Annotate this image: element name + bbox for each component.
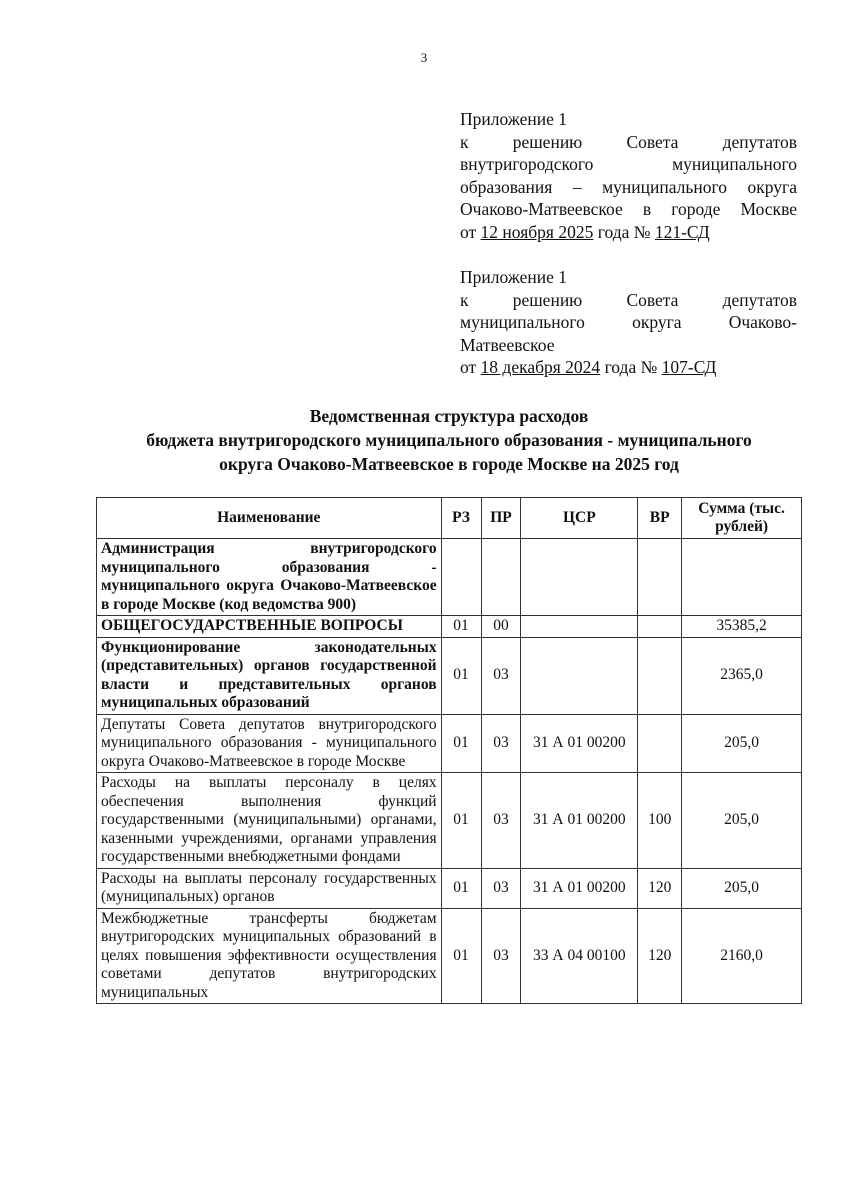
cell-sum: 35385,2	[682, 616, 802, 638]
cell-csr	[521, 616, 638, 638]
cell-pr: 00	[481, 616, 521, 638]
cell-rz	[441, 539, 481, 616]
cell-name: Расходы на выплаты персоналу в целях обе…	[97, 773, 442, 869]
appendix-current-decision: Приложение 1 к решению Совета депутатов …	[460, 108, 797, 243]
cell-sum: 205,0	[682, 868, 802, 908]
page-number: 3	[0, 50, 848, 66]
cell-csr	[521, 637, 638, 714]
cell-sum: 205,0	[682, 773, 802, 869]
cell-name: Администрация внутригородского муниципал…	[97, 539, 442, 616]
cell-pr: 03	[481, 908, 521, 1004]
cell-rz: 01	[441, 616, 481, 638]
table-row: Администрация внутригородского муниципал…	[97, 539, 802, 616]
cell-pr: 03	[481, 714, 521, 773]
cell-vr: 100	[638, 773, 682, 869]
cell-sum: 2365,0	[682, 637, 802, 714]
cell-rz: 01	[441, 637, 481, 714]
header-sum: Сумма (тыс. рублей)	[682, 498, 802, 539]
cell-sum: 205,0	[682, 714, 802, 773]
cell-name: Депутаты Совета депутатов внутригородско…	[97, 714, 442, 773]
appendix-line: внутригородского муниципального	[460, 153, 797, 176]
table-row: Межбюджетные трансферты бюджетам внутриг…	[97, 908, 802, 1004]
appendix-line: Матвеевское	[460, 334, 797, 357]
number-prefix: года №	[600, 357, 661, 377]
cell-vr	[638, 616, 682, 638]
appendix-line: Очаково-Матвеевское в городе Москве	[460, 198, 797, 221]
cell-vr: 120	[638, 908, 682, 1004]
table-row: Расходы на выплаты персоналу государстве…	[97, 868, 802, 908]
decision-number: 121-СД	[655, 222, 710, 242]
cell-csr: 33 А 04 00100	[521, 908, 638, 1004]
table-header-row: Наименование РЗ ПР ЦСР ВР Сумма (тыс. ру…	[97, 498, 802, 539]
cell-rz: 01	[441, 868, 481, 908]
cell-csr: 31 А 01 00200	[521, 714, 638, 773]
decision-date: 12 ноября 2025	[481, 222, 594, 242]
header-pr: ПР	[481, 498, 521, 539]
cell-csr	[521, 539, 638, 616]
header-vr: ВР	[638, 498, 682, 539]
expenditure-table: Наименование РЗ ПР ЦСР ВР Сумма (тыс. ру…	[96, 497, 802, 1004]
appendix-title: Приложение 1	[460, 266, 797, 289]
cell-vr: 120	[638, 868, 682, 908]
date-prefix: от	[460, 357, 481, 377]
cell-vr	[638, 539, 682, 616]
appendix-title: Приложение 1	[460, 108, 797, 131]
appendix-line: к решению Совета депутатов	[460, 289, 797, 312]
cell-rz: 01	[441, 773, 481, 869]
cell-pr: 03	[481, 773, 521, 869]
cell-name: ОБЩЕГОСУДАРСТВЕННЫЕ ВОПРОСЫ	[97, 616, 442, 638]
decision-date: 18 декабря 2024	[481, 357, 601, 377]
appendix-previous-decision: Приложение 1 к решению Совета депутатов …	[460, 266, 797, 379]
cell-sum: 2160,0	[682, 908, 802, 1004]
cell-rz: 01	[441, 908, 481, 1004]
cell-pr	[481, 539, 521, 616]
cell-sum	[682, 539, 802, 616]
title-line: Ведомственная структура расходов	[96, 404, 802, 428]
table-row: Расходы на выплаты персоналу в целях обе…	[97, 773, 802, 869]
title-line: округа Очаково-Матвеевское в городе Моск…	[96, 452, 802, 476]
cell-name: Межбюджетные трансферты бюджетам внутриг…	[97, 908, 442, 1004]
header-rz: РЗ	[441, 498, 481, 539]
header-name: Наименование	[97, 498, 442, 539]
cell-vr	[638, 637, 682, 714]
appendix-date-line: от 12 ноября 2025 года № 121-СД	[460, 221, 797, 244]
appendix-line: к решению Совета депутатов	[460, 131, 797, 154]
cell-csr: 31 А 01 00200	[521, 773, 638, 869]
document-title: Ведомственная структура расходов бюджета…	[96, 404, 802, 476]
cell-pr: 03	[481, 637, 521, 714]
number-prefix: года №	[593, 222, 654, 242]
table-row: Функционирование законодательных (предст…	[97, 637, 802, 714]
appendix-line: образования – муниципального округа	[460, 176, 797, 199]
appendix-date-line: от 18 декабря 2024 года № 107-СД	[460, 356, 797, 379]
cell-csr: 31 А 01 00200	[521, 868, 638, 908]
cell-name: Расходы на выплаты персоналу государстве…	[97, 868, 442, 908]
title-line: бюджета внутригородского муниципального …	[96, 428, 802, 452]
table-row: ОБЩЕГОСУДАРСТВЕННЫЕ ВОПРОСЫ010035385,2	[97, 616, 802, 638]
appendix-line: муниципального округа Очаково-	[460, 311, 797, 334]
decision-number: 107-СД	[662, 357, 717, 377]
cell-vr	[638, 714, 682, 773]
cell-name: Функционирование законодательных (предст…	[97, 637, 442, 714]
table-row: Депутаты Совета депутатов внутригородско…	[97, 714, 802, 773]
date-prefix: от	[460, 222, 481, 242]
header-csr: ЦСР	[521, 498, 638, 539]
cell-rz: 01	[441, 714, 481, 773]
cell-pr: 03	[481, 868, 521, 908]
